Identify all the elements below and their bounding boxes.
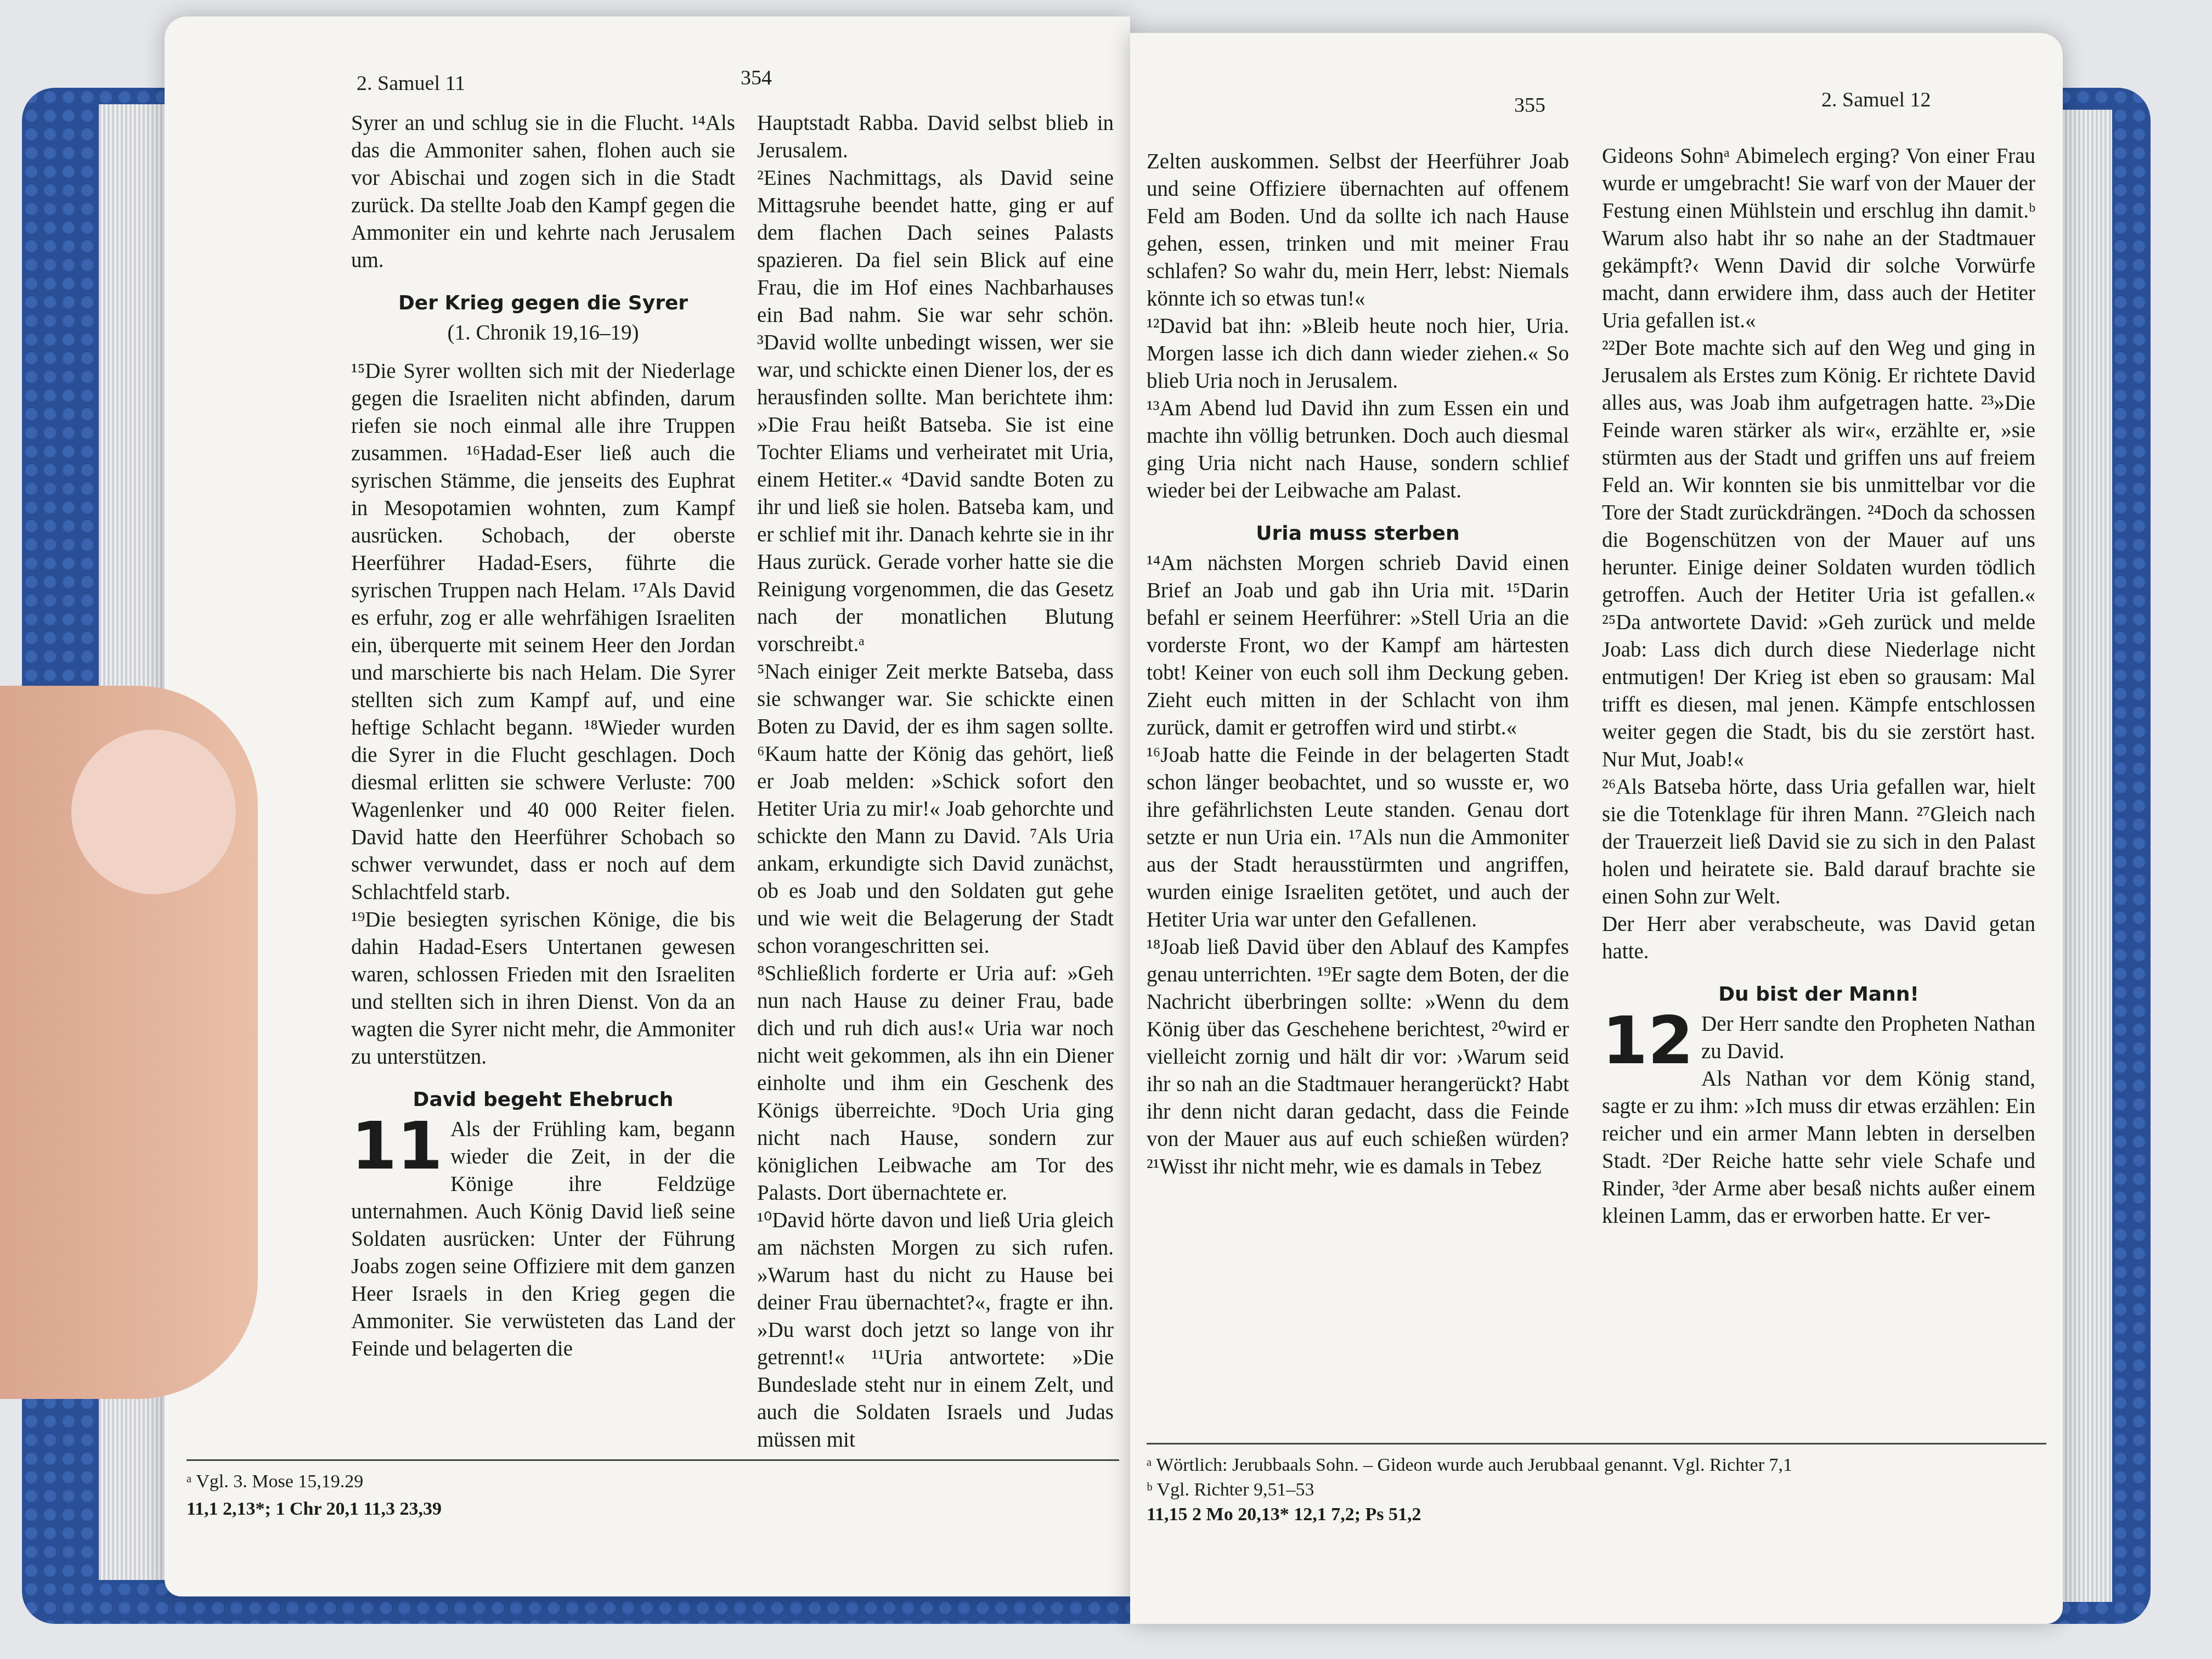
paragraph: ¹⁵Die Syrer wollten sich mit der Niederl… <box>351 358 735 906</box>
footnote-rule <box>1147 1443 2046 1444</box>
parallel-reference: (1. Chronik 19,16–19) <box>351 319 735 347</box>
footnote-rule <box>187 1459 1119 1461</box>
paragraph: ²²Der Bote machte sich auf den Weg und g… <box>1602 335 2035 774</box>
right-page: 355 2. Samuel 12 Zelten auskommen. Selbs… <box>1130 33 2063 1624</box>
chapter-number: 11 <box>351 1119 443 1174</box>
chapter-number: 12 <box>1602 1014 1694 1069</box>
paragraph: ²Eines Nachmittags, als David seine Mitt… <box>757 165 1114 658</box>
paragraph: Syrer an und schlug sie in die Flucht. ¹… <box>351 110 735 274</box>
paragraph: Der Herr aber verabscheute, was David ge… <box>1602 911 2035 966</box>
paragraph: Als Nathan vor dem König stand, sagte er… <box>1602 1065 2035 1230</box>
footnote-a: ᵃ Vgl. 3. Mose 15,19.29 <box>187 1470 363 1493</box>
thumbnail <box>71 730 236 894</box>
left-column-1: Syrer an und schlug sie in die Flucht. ¹… <box>351 110 735 1363</box>
cross-references: 11,1 2,13*; 1 Chr 20,1 11,3 23,39 <box>187 1498 442 1521</box>
paragraph: ⁵Nach einiger Zeit merkte Batseba, dass … <box>757 658 1114 960</box>
paragraph: Zelten auskommen. Selbst der Heerführer … <box>1147 148 1569 313</box>
paragraph: ¹³Am Abend lud David ihn zum Essen ein u… <box>1147 395 1569 505</box>
paragraph: ¹⁸Joab ließ David über den Ablauf des Ka… <box>1147 934 1569 1181</box>
running-head: 2. Samuel 11 <box>357 71 465 95</box>
page-number: 354 <box>741 66 772 90</box>
running-head: 2. Samuel 12 <box>1821 88 1931 112</box>
paragraph: ⁸Schließlich forderte er Uria auf: »Geh … <box>757 960 1114 1207</box>
paragraph: ¹²David bat ihn: »Bleib heute noch hier,… <box>1147 313 1569 395</box>
paragraph: ¹⁴Am nächsten Morgen schrieb David einen… <box>1147 550 1569 742</box>
left-page: 2. Samuel 11 354 Syrer an und schlug sie… <box>165 16 1130 1596</box>
right-column-1: Zelten auskommen. Selbst der Heerführer … <box>1147 148 1569 1181</box>
paragraph: Gideons Sohnᵃ Abimelech erging? Von eine… <box>1602 143 2035 335</box>
left-column-2: Hauptstadt Rabba. David selbst blieb in … <box>757 110 1114 1454</box>
section-heading: Der Krieg gegen die Syrer <box>351 290 735 317</box>
right-column-2: Gideons Sohnᵃ Abimelech erging? Von eine… <box>1602 143 2035 1230</box>
paragraph: ¹⁶Joab hatte die Feinde in der belagerte… <box>1147 742 1569 934</box>
paragraph: ¹⁹Die besiegten syrischen Könige, die bi… <box>351 906 735 1071</box>
cross-references: 11,15 2 Mo 20,13* 12,1 7,2; Ps 51,2 <box>1147 1503 1421 1526</box>
footnote-b: ᵇ Vgl. Richter 9,51–53 <box>1147 1479 1314 1502</box>
footnote-a: ᵃ Wörtlich: Jerubbaals Sohn. – Gideon wu… <box>1147 1454 1792 1477</box>
paragraph: ¹⁰David hörte davon und ließ Uria gleich… <box>757 1207 1114 1454</box>
section-heading: Uria muss sterben <box>1147 520 1569 548</box>
paragraph: ²⁶Als Batseba hörte, dass Uria gefallen … <box>1602 774 2035 911</box>
page-number: 355 <box>1514 93 1545 117</box>
paragraph: Hauptstadt Rabba. David selbst blieb in … <box>757 110 1114 165</box>
